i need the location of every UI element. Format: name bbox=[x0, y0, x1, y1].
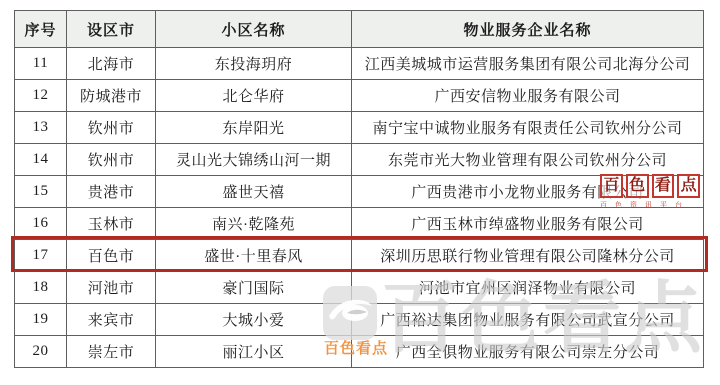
cell-city: 钦州市 bbox=[67, 112, 156, 144]
cell-city: 贵港市 bbox=[67, 176, 156, 208]
cell-no: 16 bbox=[15, 208, 67, 240]
cell-no: 17 bbox=[15, 240, 67, 272]
cell-company: 江西美城城市运营服务集团有限公司北海分公司 bbox=[352, 48, 704, 80]
cell-community: 东岸阳光 bbox=[156, 112, 352, 144]
cell-no: 12 bbox=[15, 80, 67, 112]
header-community: 小区名称 bbox=[156, 11, 352, 48]
cell-community: 盛世·十里春风 bbox=[156, 240, 352, 272]
cell-city: 钦州市 bbox=[67, 144, 156, 176]
cell-no: 15 bbox=[15, 176, 67, 208]
cell-company: 广西全俱物业服务有限公司崇左分公司 bbox=[352, 336, 704, 368]
cell-company: 南宁宝中诚物业服务有限责任公司钦州分公司 bbox=[352, 112, 704, 144]
cell-city: 玉林市 bbox=[67, 208, 156, 240]
cell-no: 14 bbox=[15, 144, 67, 176]
cell-company: 深圳历思联行物业管理有限公司隆林分公司 bbox=[352, 240, 704, 272]
cell-community: 盛世天禧 bbox=[156, 176, 352, 208]
watermark-brand-caption: 百色看点 bbox=[324, 337, 388, 358]
cell-city: 来宾市 bbox=[67, 304, 156, 336]
cell-company: 广西安信物业服务有限公司 bbox=[352, 80, 704, 112]
table-row: 16 玉林市 南兴·乾隆苑 广西玉林市绰盛物业服务有限公司 bbox=[15, 208, 704, 240]
table-row: 12 防城港市 北仑华府 广西安信物业服务有限公司 bbox=[15, 80, 704, 112]
stamp-char: 看 bbox=[652, 174, 675, 198]
cell-community: 灵山光大锦绣山河一期 bbox=[156, 144, 352, 176]
cell-city: 崇左市 bbox=[67, 336, 156, 368]
stamp-char: 点 bbox=[677, 174, 700, 198]
table-header-row: 序号 设区市 小区名称 物业服务企业名称 bbox=[15, 11, 704, 48]
document-page: 序号 设区市 小区名称 物业服务企业名称 11 北海市 东投海玥府 江西美城城市… bbox=[0, 0, 720, 385]
header-company: 物业服务企业名称 bbox=[352, 11, 704, 48]
cell-company: 河池市宜州区润泽物业有限公司 bbox=[352, 272, 704, 304]
cell-company: 广西裕达集团物业服务有限公司武宣分公司 bbox=[352, 304, 704, 336]
cell-no: 20 bbox=[15, 336, 67, 368]
table-row: 13 钦州市 东岸阳光 南宁宝中诚物业服务有限责任公司钦州分公司 bbox=[15, 112, 704, 144]
table-row: 11 北海市 东投海玥府 江西美城城市运营服务集团有限公司北海分公司 bbox=[15, 48, 704, 80]
cell-community: 南兴·乾隆苑 bbox=[156, 208, 352, 240]
header-city: 设区市 bbox=[67, 11, 156, 48]
cell-company: 东莞市光大物业管理有限公司钦州分公司 bbox=[352, 144, 704, 176]
header-serial: 序号 bbox=[15, 11, 67, 48]
watermark-stamp: 百 色 看 点 百色资讯平台 bbox=[600, 174, 700, 210]
table-row: 14 钦州市 灵山光大锦绣山河一期 东莞市光大物业管理有限公司钦州分公司 bbox=[15, 144, 704, 176]
stamp-char: 色 bbox=[626, 174, 649, 198]
stamp-subtext: 百色资讯平台 bbox=[600, 200, 700, 210]
cell-community: 北仑华府 bbox=[156, 80, 352, 112]
cell-community: 丽江小区 bbox=[156, 336, 352, 368]
cell-city: 河池市 bbox=[67, 272, 156, 304]
baise-kandian-swoosh-icon bbox=[323, 286, 377, 340]
cell-no: 11 bbox=[15, 48, 67, 80]
cell-no: 18 bbox=[15, 272, 67, 304]
cell-company: 广西玉林市绰盛物业服务有限公司 bbox=[352, 208, 704, 240]
stamp-char: 百 bbox=[600, 174, 623, 198]
cell-community: 东投海玥府 bbox=[156, 48, 352, 80]
cell-no: 13 bbox=[15, 112, 67, 144]
cell-city: 防城港市 bbox=[67, 80, 156, 112]
stamp-boxed-chars: 百 色 看 点 bbox=[600, 174, 700, 198]
cell-no: 19 bbox=[15, 304, 67, 336]
cell-city: 百色市 bbox=[67, 240, 156, 272]
table-row-highlighted: 17 百色市 盛世·十里春风 深圳历思联行物业管理有限公司隆林分公司 bbox=[15, 240, 704, 272]
cell-city: 北海市 bbox=[67, 48, 156, 80]
